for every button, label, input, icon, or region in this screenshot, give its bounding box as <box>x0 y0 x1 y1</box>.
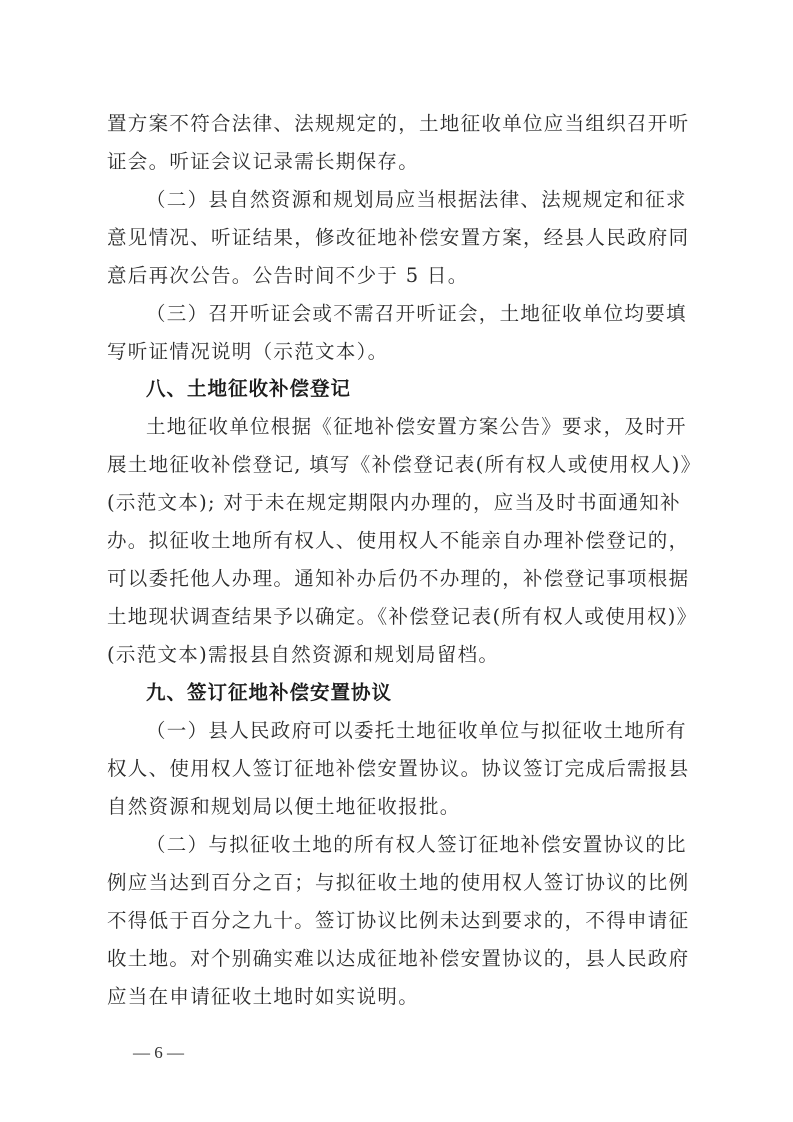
paragraph-line: 可以委托他人办理。通知补办后仍不办理的，补偿登记事项根据 <box>107 567 687 591</box>
section-heading-8: 八、土地征收补偿登记 <box>146 377 351 401</box>
paragraph-line: 意见情况、听证结果，修改征地补偿安置方案，经县人民政府同 <box>107 226 687 250</box>
paragraph-line: 收土地。对个别确实难以达成征地补偿安置协议的，县人民政府 <box>107 947 687 971</box>
paragraph-line: （一）县人民政府可以委托土地征收单位与拟征收土地所有 <box>146 719 726 743</box>
paragraph-line: 不得低于百分之九十。签订协议比例未达到要求的，不得申请征 <box>107 909 687 933</box>
paragraph-line: 土地征收单位根据《征地补偿安置方案公告》要求，及时开 <box>146 415 726 439</box>
paragraph-line: 置方案不符合法律、法规规定的，土地征收单位应当组织召开听 <box>107 112 687 136</box>
paragraph-line: 证会。听证会议记录需长期保存。 <box>107 150 687 174</box>
paragraph-line: 意后再次公告。公告时间不少于 5 日。 <box>107 264 687 288</box>
paragraph-line: 例应当达到百分之百；与拟征收土地的使用权人签订协议的比例 <box>107 871 687 895</box>
paragraph-line: （三）召开听证会或不需召开听证会，土地征收单位均要填 <box>146 302 726 326</box>
paragraph-line: 写听证情况说明（示范文本）。 <box>107 340 687 364</box>
paragraph-line: 自然资源和规划局以便土地征收报批。 <box>107 795 687 819</box>
paragraph-line: 应当在申请征收土地时如实说明。 <box>107 985 687 1009</box>
paragraph-line: （二）与拟征收土地的所有权人签订征地补偿安置协议的比 <box>146 833 726 857</box>
section-heading-9: 九、签订征地补偿安置协议 <box>146 681 392 705</box>
paragraph-line: 权人、使用权人签订征地补偿安置协议。协议签订完成后需报县 <box>107 757 687 781</box>
document-page: 置方案不符合法律、法规规定的，土地征收单位应当组织召开听 证会。听证会议记录需长… <box>0 0 793 1122</box>
paragraph-line: (示范文本); 对于未在规定期限内办理的，应当及时书面通知补 <box>107 491 687 515</box>
page-number: — 6 — <box>133 1043 184 1063</box>
paragraph-line: (示范文本)需报县自然资源和规划局留档。 <box>107 643 687 667</box>
paragraph-line: （二）县自然资源和规划局应当根据法律、法规规定和征求 <box>146 188 726 212</box>
paragraph-line: 展土地征收补偿登记, 填写《补偿登记表(所有权人或使用权人)》 <box>107 453 687 477</box>
paragraph-line: 办。拟征收土地所有权人、使用权人不能亲自办理补偿登记的， <box>107 529 687 553</box>
paragraph-line: 土地现状调查结果予以确定。《补偿登记表(所有权人或使用权)》 <box>107 605 687 629</box>
